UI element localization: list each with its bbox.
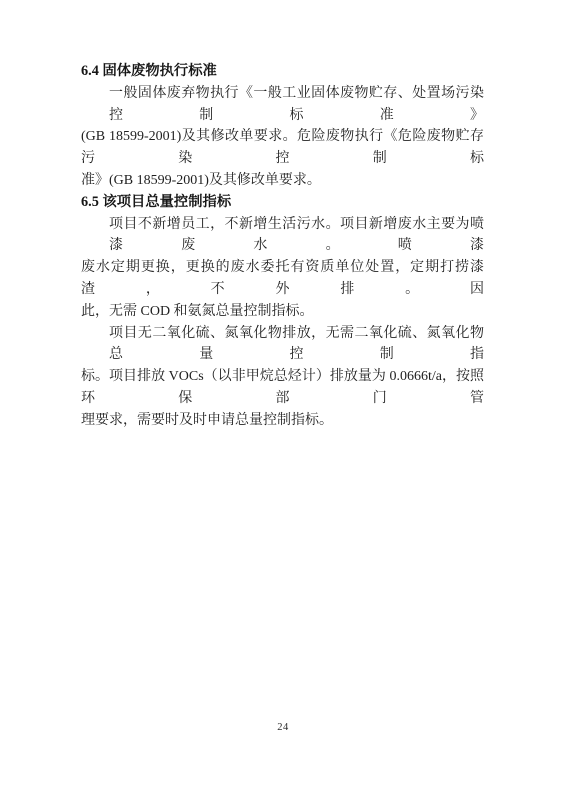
- page-number: 24: [0, 722, 566, 733]
- paragraph-line: 标。项目排放 VOCs（以非甲烷总烃计）排放量为 0.0666t/a，按照环保部…: [81, 366, 484, 410]
- section-total-quantity-control: 6.5 该项目总量控制指标 项目不新增员工，不新增生活污水。项目新增废水主要为喷…: [81, 192, 484, 432]
- paragraph-line: 废水定期更换，更换的废水委托有资质单位处置，定期打捞漆渣，不外排。因: [81, 257, 484, 301]
- paragraph-line: 项目无二氧化硫、氮氧化物排放，无需二氧化硫、氮氧化物总量控制指: [81, 323, 484, 367]
- paragraph-line: (GB 18599-2001)及其修改单要求。危险废物执行《危险废物贮存污染控制…: [81, 126, 484, 170]
- paragraph-line: 项目不新增员工，不新增生活污水。项目新增废水主要为喷漆废水。喷漆: [81, 214, 484, 258]
- paragraph: 一般固体废弃物执行《一般工业固体废物贮存、处置场污染控制标准》 (GB 1859…: [81, 83, 484, 192]
- section-heading: 6.5 该项目总量控制指标: [81, 192, 484, 214]
- paragraph-line: 一般固体废弃物执行《一般工业固体废物贮存、处置场污染控制标准》: [81, 83, 484, 127]
- section-heading: 6.4 固体废物执行标准: [81, 61, 484, 83]
- paragraph-line: 准》(GB 18599-2001)及其修改单要求。: [81, 170, 484, 192]
- paragraph: 项目无二氧化硫、氮氧化物排放，无需二氧化硫、氮氧化物总量控制指 标。项目排放 V…: [81, 323, 484, 432]
- document-page: 6.4 固体废物执行标准 一般固体废弃物执行《一般工业固体废物贮存、处置场污染控…: [0, 0, 566, 800]
- document-body: 6.4 固体废物执行标准 一般固体废弃物执行《一般工业固体废物贮存、处置场污染控…: [81, 61, 484, 432]
- paragraph-line: 此，无需 COD 和氨氮总量控制指标。: [81, 301, 484, 323]
- paragraph-line: 理要求，需要时及时申请总量控制指标。: [81, 410, 484, 432]
- paragraph: 项目不新增员工，不新增生活污水。项目新增废水主要为喷漆废水。喷漆 废水定期更换，…: [81, 214, 484, 323]
- section-solid-waste-standards: 6.4 固体废物执行标准 一般固体废弃物执行《一般工业固体废物贮存、处置场污染控…: [81, 61, 484, 192]
